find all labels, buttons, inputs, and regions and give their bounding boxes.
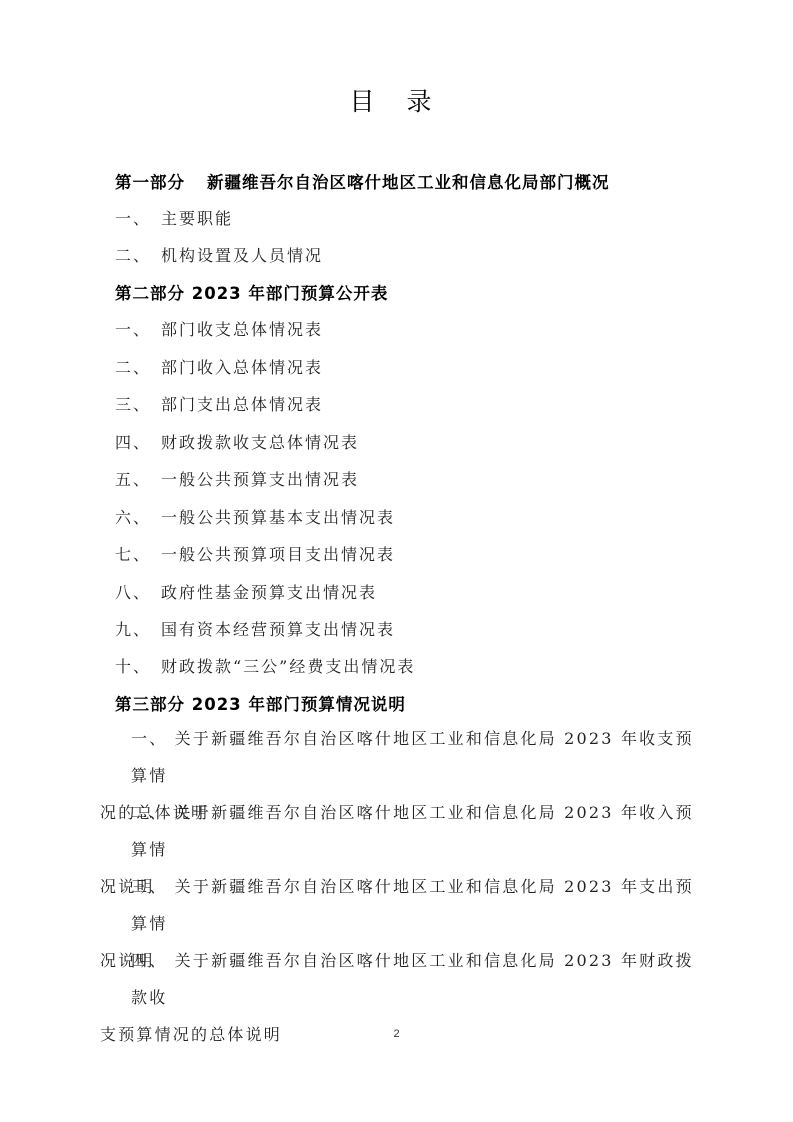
toc-item[interactable]: 一、部门收支总体情况表 bbox=[115, 317, 323, 340]
page-title: 目 录 bbox=[0, 82, 793, 118]
toc-item[interactable]: 八、政府性基金预算支出情况表 bbox=[115, 580, 377, 603]
part1-heading[interactable]: 第一部分新疆维吾尔自治区喀什地区工业和信息化局部门概况 bbox=[115, 169, 610, 193]
toc-item[interactable]: 十、财政拨款“三公”经费支出情况表 bbox=[115, 654, 415, 677]
toc-item[interactable]: 九、国有资本经营预算支出情况表 bbox=[115, 617, 395, 640]
part1-label: 第一部分 bbox=[115, 173, 185, 192]
toc-item[interactable]: 四、财政拨款收支总体情况表 bbox=[115, 430, 359, 453]
toc-item[interactable]: 六、一般公共预算基本支出情况表 bbox=[115, 505, 395, 528]
toc-item[interactable]: 五、一般公共预算支出情况表 bbox=[115, 467, 359, 490]
toc-item[interactable]: 二、机构设置及人员情况 bbox=[115, 243, 323, 266]
toc-item[interactable]: 二、部门收入总体情况表 bbox=[115, 355, 323, 378]
toc-item[interactable]: 三、部门支出总体情况表 bbox=[115, 392, 323, 415]
part1-title: 新疆维吾尔自治区喀什地区工业和信息化局部门概况 bbox=[207, 173, 610, 192]
toc-item[interactable]: 一、主要职能 bbox=[115, 206, 233, 229]
part2-heading[interactable]: 第二部分 2023 年部门预算公开表 bbox=[115, 280, 388, 304]
part3-heading[interactable]: 第三部分 2023 年部门预算情况说明 bbox=[115, 691, 406, 715]
page-number: 2 bbox=[0, 1028, 793, 1040]
toc-item[interactable]: 七、一般公共预算项目支出情况表 bbox=[115, 542, 395, 565]
